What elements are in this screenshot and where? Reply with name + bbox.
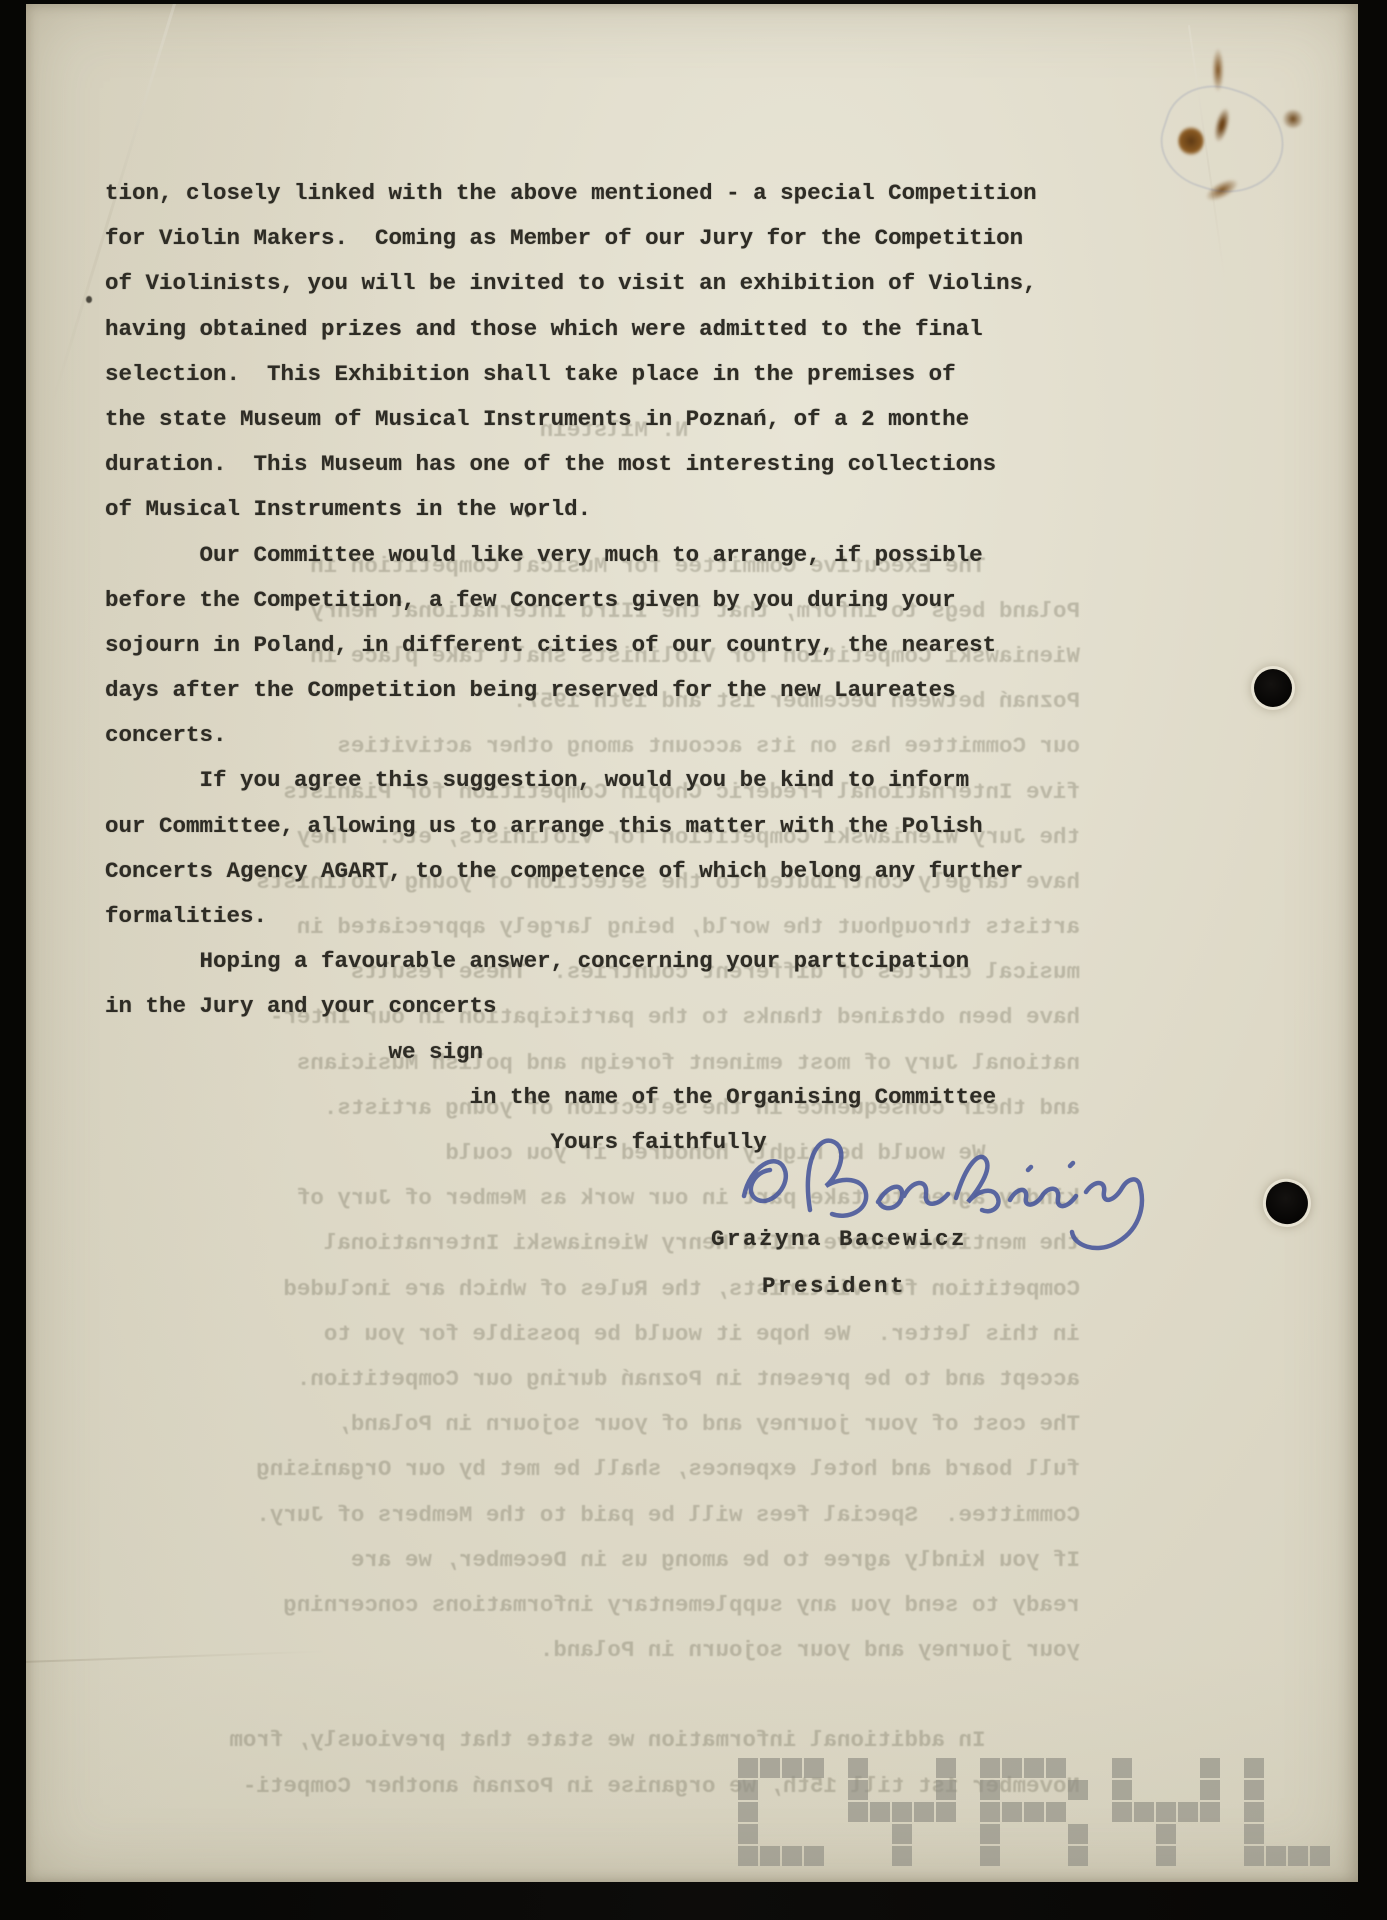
text-line: in the name of the Organising Committee — [105, 1075, 1037, 1120]
watermark-gap — [1134, 1780, 1154, 1800]
watermark-block — [738, 1824, 758, 1844]
watermark-block — [1244, 1846, 1264, 1866]
cyryl-watermark — [738, 1758, 1330, 1866]
text-line: of Musical Instruments in the world. — [105, 487, 1037, 532]
text-line: days after the Competition being reserve… — [105, 668, 1037, 713]
watermark-block — [980, 1780, 1000, 1800]
watermark-block — [1068, 1780, 1088, 1800]
watermark-block — [738, 1802, 758, 1822]
watermark-block — [1134, 1802, 1154, 1822]
text-line: If you agree this suggestion, would you … — [105, 758, 1037, 803]
text-line: full board and hotel expences, shall be … — [60, 1447, 1080, 1492]
watermark-block — [1266, 1846, 1286, 1866]
text-line: having obtained prizes and those which w… — [105, 307, 1037, 352]
watermark-block — [848, 1758, 868, 1778]
text-line: in the Jury and your concerts — [105, 984, 1037, 1029]
watermark-block — [760, 1846, 780, 1866]
watermark-gap — [1178, 1846, 1198, 1866]
watermark-letter — [1112, 1758, 1220, 1866]
watermark-gap — [914, 1780, 934, 1800]
watermark-gap — [760, 1802, 780, 1822]
watermark-gap — [1068, 1802, 1088, 1822]
watermark-block — [804, 1758, 824, 1778]
rust-stain — [1282, 110, 1304, 128]
watermark-letter — [738, 1758, 824, 1866]
watermark-gap — [1024, 1780, 1044, 1800]
watermark-block — [914, 1802, 934, 1822]
watermark-block — [1200, 1802, 1220, 1822]
signature-title: President — [762, 1273, 906, 1299]
watermark-block — [1200, 1758, 1220, 1778]
watermark-gap — [804, 1824, 824, 1844]
watermark-gap — [782, 1802, 802, 1822]
watermark-block — [738, 1846, 758, 1866]
punch-hole — [1262, 1178, 1312, 1228]
text-line: your journey and your sojourn in Poland. — [60, 1628, 1080, 1673]
watermark-gap — [1266, 1802, 1286, 1822]
watermark-block — [782, 1846, 802, 1866]
signature-typed-name: Grażyna Bacewicz — [711, 1226, 967, 1252]
watermark-gap — [804, 1780, 824, 1800]
watermark-block — [1288, 1846, 1308, 1866]
text-line: we sign — [105, 1030, 1037, 1075]
watermark-block — [738, 1758, 758, 1778]
watermark-gap — [1310, 1758, 1330, 1778]
watermark-gap — [1200, 1846, 1220, 1866]
watermark-gap — [1310, 1780, 1330, 1800]
watermark-gap — [892, 1780, 912, 1800]
watermark-block — [1024, 1758, 1044, 1778]
watermark-gap — [760, 1824, 780, 1844]
text-line: sojourn in Poland, in different cities o… — [105, 623, 1037, 668]
text-line: concerts. — [105, 713, 1037, 758]
watermark-block — [980, 1802, 1000, 1822]
text-line: Hoping a favourable answer, concerning y… — [105, 939, 1037, 984]
watermark-block — [738, 1780, 758, 1800]
text-line: accept and to be present in Poznań durin… — [60, 1357, 1080, 1402]
watermark-block — [848, 1780, 868, 1800]
text-line: ready to send you any supplementary info… — [60, 1583, 1080, 1628]
text-line: of Violinists, you will be invited to vi… — [105, 261, 1037, 306]
watermark-gap — [1156, 1780, 1176, 1800]
watermark-gap — [760, 1780, 780, 1800]
watermark-gap — [1288, 1824, 1308, 1844]
watermark-block — [1178, 1802, 1198, 1822]
watermark-gap — [848, 1824, 868, 1844]
watermark-block — [980, 1824, 1000, 1844]
watermark-letter — [980, 1758, 1088, 1866]
watermark-block — [1244, 1802, 1264, 1822]
watermark-block — [870, 1802, 890, 1822]
text-line: selection. This Exhibition shall take pl… — [105, 352, 1037, 397]
text-line: Concerts Agency AGART, to the competence… — [105, 849, 1037, 894]
watermark-block — [892, 1846, 912, 1866]
watermark-block — [1046, 1802, 1066, 1822]
watermark-gap — [870, 1780, 890, 1800]
watermark-block — [980, 1758, 1000, 1778]
watermark-gap — [1288, 1802, 1308, 1822]
watermark-block — [1156, 1824, 1176, 1844]
watermark-gap — [1112, 1846, 1132, 1866]
text-line: If you kindly agree to be among us in De… — [60, 1538, 1080, 1583]
watermark-gap — [936, 1846, 956, 1866]
watermark-gap — [1002, 1780, 1022, 1800]
watermark-gap — [936, 1824, 956, 1844]
text-line: formalities. — [105, 894, 1037, 939]
scan-background: N. Milstein The Executive Committee for … — [0, 0, 1387, 1920]
watermark-gap — [914, 1824, 934, 1844]
watermark-gap — [870, 1824, 890, 1844]
watermark-gap — [782, 1780, 802, 1800]
watermark-gap — [1068, 1758, 1088, 1778]
watermark-gap — [1266, 1824, 1286, 1844]
watermark-gap — [1134, 1846, 1154, 1866]
watermark-block — [936, 1780, 956, 1800]
ink-speck — [526, 512, 530, 517]
watermark-gap — [1310, 1802, 1330, 1822]
watermark-block — [1002, 1758, 1022, 1778]
watermark-gap — [1266, 1780, 1286, 1800]
watermark-gap — [848, 1846, 868, 1866]
letter-body: tion, closely linked with the above ment… — [105, 171, 1037, 1165]
text-line: Committee. Special fees will be paid to … — [60, 1493, 1080, 1538]
watermark-letter — [848, 1758, 956, 1866]
watermark-gap — [1156, 1758, 1176, 1778]
watermark-block — [760, 1758, 780, 1778]
watermark-letter — [1244, 1758, 1330, 1866]
watermark-gap — [1024, 1824, 1044, 1844]
watermark-gap — [1310, 1824, 1330, 1844]
text-line: duration. This Museum has one of the mos… — [105, 442, 1037, 487]
watermark-gap — [892, 1758, 912, 1778]
watermark-block — [1068, 1846, 1088, 1866]
text-line: The cost of your journey and of your soj… — [60, 1402, 1080, 1447]
text-line: the state Museum of Musical Instruments … — [105, 397, 1037, 442]
ink-speck — [86, 296, 92, 303]
watermark-gap — [1178, 1780, 1198, 1800]
watermark-block — [804, 1846, 824, 1866]
watermark-gap — [1200, 1824, 1220, 1844]
watermark-block — [936, 1758, 956, 1778]
watermark-gap — [1046, 1780, 1066, 1800]
watermark-block — [980, 1846, 1000, 1866]
watermark-block — [1046, 1758, 1066, 1778]
watermark-block — [1068, 1824, 1088, 1844]
watermark-block — [892, 1824, 912, 1844]
watermark-block — [782, 1758, 802, 1778]
watermark-block — [892, 1802, 912, 1822]
watermark-block — [1244, 1780, 1264, 1800]
ink-scribble — [1149, 72, 1297, 209]
watermark-block — [848, 1802, 868, 1822]
watermark-gap — [914, 1846, 934, 1866]
watermark-block — [1310, 1846, 1330, 1866]
watermark-block — [1156, 1846, 1176, 1866]
watermark-gap — [782, 1824, 802, 1844]
watermark-gap — [1134, 1758, 1154, 1778]
text-line: Our Committee would like very much to ar… — [105, 533, 1037, 578]
watermark-gap — [870, 1846, 890, 1866]
watermark-gap — [1178, 1824, 1198, 1844]
text-line: tion, closely linked with the above ment… — [105, 171, 1037, 216]
watermark-block — [1156, 1802, 1176, 1822]
punch-hole — [1254, 669, 1292, 707]
letter-page: N. Milstein The Executive Committee for … — [26, 4, 1358, 1882]
watermark-block — [1244, 1824, 1264, 1844]
watermark-block — [1244, 1758, 1264, 1778]
watermark-block — [936, 1802, 956, 1822]
text-line: for Violin Makers. Coming as Member of o… — [105, 216, 1037, 261]
watermark-gap — [1288, 1758, 1308, 1778]
text-line: before the Competition, a few Concerts g… — [105, 578, 1037, 623]
watermark-block — [1024, 1802, 1044, 1822]
watermark-gap — [1002, 1846, 1022, 1866]
watermark-block — [1002, 1802, 1022, 1822]
watermark-gap — [1002, 1824, 1022, 1844]
watermark-block — [1112, 1758, 1132, 1778]
watermark-gap — [914, 1758, 934, 1778]
text-line: In additional information we state that … — [60, 1718, 1080, 1763]
watermark-block — [1200, 1780, 1220, 1800]
text-line — [60, 1673, 1080, 1718]
watermark-gap — [1046, 1846, 1066, 1866]
text-line: our Committee, allowing us to arrange th… — [105, 804, 1037, 849]
watermark-gap — [1288, 1780, 1308, 1800]
watermark-gap — [1024, 1846, 1044, 1866]
watermark-gap — [1046, 1824, 1066, 1844]
watermark-gap — [1134, 1824, 1154, 1844]
watermark-gap — [870, 1758, 890, 1778]
watermark-gap — [804, 1802, 824, 1822]
watermark-block — [1112, 1802, 1132, 1822]
text-line: Competition for Violinists, the Rules of… — [60, 1267, 1080, 1312]
watermark-gap — [1178, 1758, 1198, 1778]
watermark-gap — [1266, 1758, 1286, 1778]
text-line: in this letter. We hope it would be poss… — [60, 1312, 1080, 1357]
watermark-gap — [1112, 1824, 1132, 1844]
watermark-block — [1112, 1780, 1132, 1800]
